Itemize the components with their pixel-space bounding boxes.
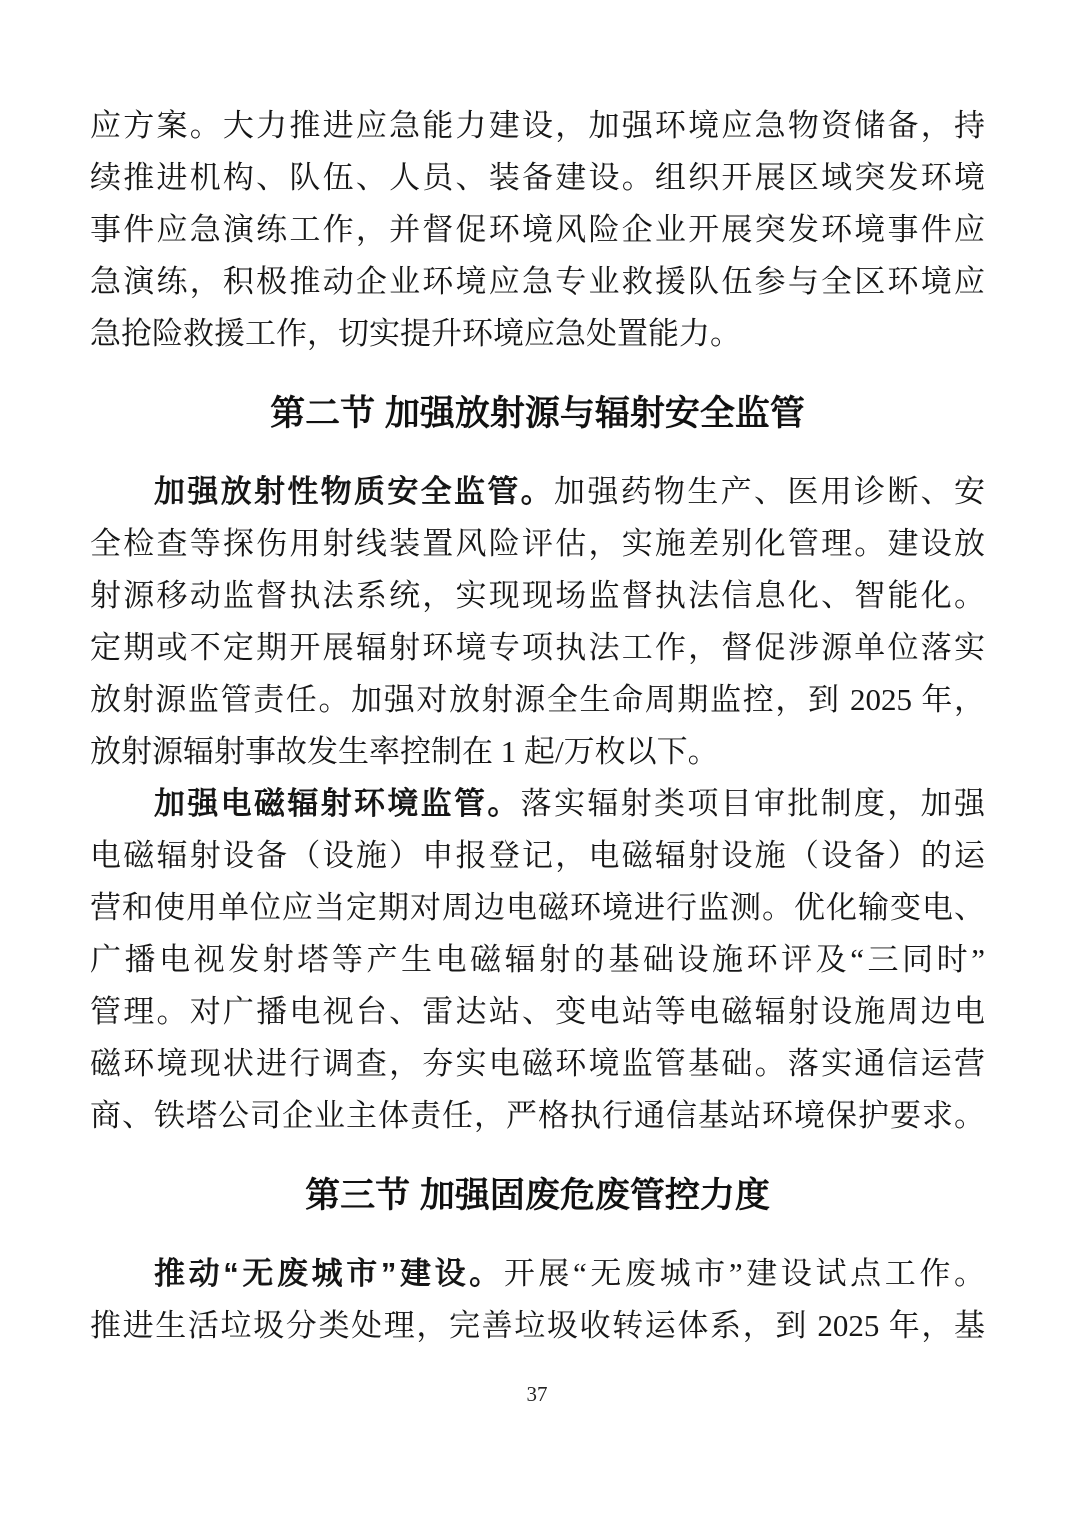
body-text: 营和使用单位应当定期对周边电磁环境进行监测。优化输变电、	[90, 890, 985, 925]
page-number: 37	[0, 1382, 1074, 1407]
body-text: 电磁辐射设备（设施）申报登记，电磁辐射设施（设备）的运	[90, 838, 985, 873]
body-text: 放射源监管责任。加强对放射源全生命周期监控，到 2025 年，	[90, 682, 985, 717]
text-line: 加强放射性物质安全监管。加强药物生产、医用诊断、安	[90, 466, 985, 518]
text-line: 定期或不定期开展辐射环境专项执法工作，督促涉源单位落实	[90, 622, 985, 674]
body-text: 推进生活垃圾分类处理，完善垃圾收转运体系，到 2025 年，基	[90, 1308, 985, 1343]
body-text: 落实辐射类项目审批制度，加强	[521, 786, 985, 821]
paragraph: 推动“无废城市”建设。开展“无废城市”建设试点工作。推进生活垃圾分类处理，完善垃…	[90, 1248, 985, 1352]
body-text: 管理。对广播电视台、雷达站、变电站等电磁辐射设施周边电	[90, 994, 985, 1029]
text-line: 推进生活垃圾分类处理，完善垃圾收转运体系，到 2025 年，基	[90, 1300, 985, 1352]
text-line: 电磁辐射设备（设施）申报登记，电磁辐射设施（设备）的运	[90, 830, 985, 882]
text-line: 推动“无废城市”建设。开展“无废城市”建设试点工作。	[90, 1248, 985, 1300]
text-line: 急演练，积极推动企业环境应急专业救援队伍参与全区环境应	[90, 256, 985, 308]
body-text: 加强药物生产、医用诊断、安	[554, 474, 985, 509]
body-text: 放射源辐射事故发生率控制在 1 起/万枚以下。	[90, 734, 719, 769]
text-line: 射源移动监督执法系统，实现现场监督执法信息化、智能化。	[90, 570, 985, 622]
bold-lead-text: 加强放射性物质安全监管。	[154, 474, 554, 509]
body-text: 开展“无废城市”建设试点工作。	[504, 1256, 985, 1291]
paragraph: 加强电磁辐射环境监管。落实辐射类项目审批制度，加强电磁辐射设备（设施）申报登记，…	[90, 778, 985, 1142]
text-line: 应方案。大力推进应急能力建设，加强环境应急物资储备，持	[90, 100, 985, 152]
body-text: 应方案。大力推进应急能力建设，加强环境应急物资储备，持	[90, 108, 985, 143]
body-text: 广播电视发射塔等产生电磁辐射的基础设施环评及“三同时”	[90, 942, 985, 977]
text-line: 磁环境现状进行调查，夯实电磁环境监管基础。落实通信运营	[90, 1038, 985, 1090]
text-line: 急抢险救援工作，切实提升环境应急处置能力。	[90, 308, 985, 360]
body-text: 急抢险救援工作，切实提升环境应急处置能力。	[90, 316, 741, 351]
text-line: 营和使用单位应当定期对周边电磁环境进行监测。优化输变电、	[90, 882, 985, 934]
text-line: 管理。对广播电视台、雷达站、变电站等电磁辐射设施周边电	[90, 986, 985, 1038]
body-text: 射源移动监督执法系统，实现现场监督执法信息化、智能化。	[90, 578, 985, 613]
text-line: 广播电视发射塔等产生电磁辐射的基础设施环评及“三同时”	[90, 934, 985, 986]
text-line: 加强电磁辐射环境监管。落实辐射类项目审批制度，加强	[90, 778, 985, 830]
section-heading: 第三节 加强固废危废管控力度	[90, 1171, 985, 1221]
body-text: 商、铁塔公司企业主体责任，严格执行通信基站环境保护要求。	[90, 1098, 985, 1133]
bold-lead-text: 加强电磁辐射环境监管。	[154, 786, 521, 821]
paragraph: 加强放射性物质安全监管。加强药物生产、医用诊断、安全检查等探伤用射线装置风险评估…	[90, 466, 985, 778]
paragraph: 应方案。大力推进应急能力建设，加强环境应急物资储备，持续推进机构、队伍、人员、装…	[90, 100, 985, 360]
text-line: 事件应急演练工作，并督促环境风险企业开展突发环境事件应	[90, 204, 985, 256]
text-line: 续推进机构、队伍、人员、装备建设。组织开展区域突发环境	[90, 152, 985, 204]
body-text: 磁环境现状进行调查，夯实电磁环境监管基础。落实通信运营	[90, 1046, 985, 1081]
bold-lead-text: 推动“无废城市”建设。	[154, 1256, 504, 1291]
document-page: 应方案。大力推进应急能力建设，加强环境应急物资储备，持续推进机构、队伍、人员、装…	[0, 0, 1074, 1520]
text-line: 放射源辐射事故发生率控制在 1 起/万枚以下。	[90, 726, 985, 778]
text-line: 商、铁塔公司企业主体责任，严格执行通信基站环境保护要求。	[90, 1090, 985, 1142]
document-body: 应方案。大力推进应急能力建设，加强环境应急物资储备，持续推进机构、队伍、人员、装…	[90, 100, 985, 1352]
body-text: 急演练，积极推动企业环境应急专业救援队伍参与全区环境应	[90, 264, 985, 299]
body-text: 全检查等探伤用射线装置风险评估，实施差别化管理。建设放	[90, 526, 985, 561]
body-text: 事件应急演练工作，并督促环境风险企业开展突发环境事件应	[90, 212, 985, 247]
section-heading: 第二节 加强放射源与辐射安全监管	[90, 389, 985, 439]
text-line: 全检查等探伤用射线装置风险评估，实施差别化管理。建设放	[90, 518, 985, 570]
body-text: 续推进机构、队伍、人员、装备建设。组织开展区域突发环境	[90, 160, 985, 195]
body-text: 定期或不定期开展辐射环境专项执法工作，督促涉源单位落实	[90, 630, 985, 665]
text-line: 放射源监管责任。加强对放射源全生命周期监控，到 2025 年，	[90, 674, 985, 726]
